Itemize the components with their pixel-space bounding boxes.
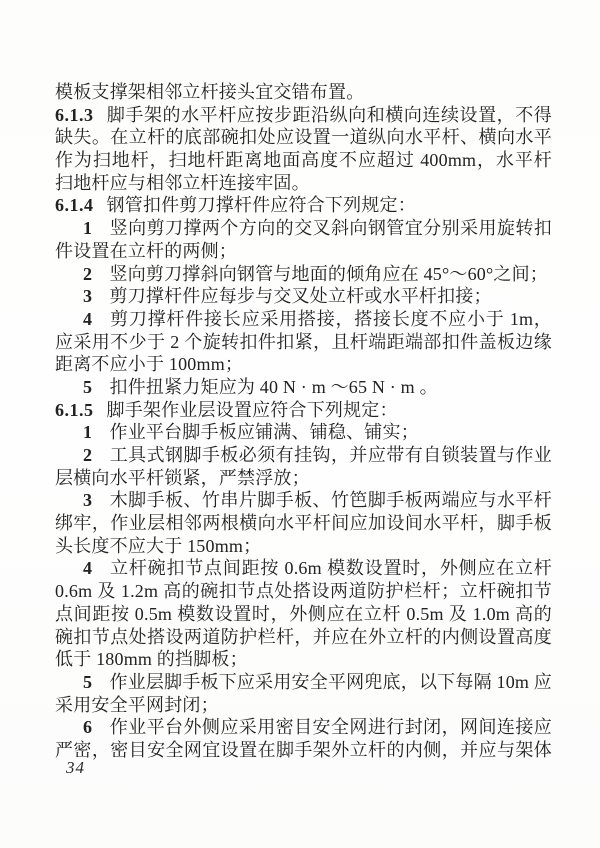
text-line: 扫地杆应与相邻立杆连接牢固。: [55, 172, 552, 195]
item-number: 3: [83, 490, 93, 510]
line-text: 严密，密目安全网宜设置在脚手架外立杆的内侧，并应与架体绑: [55, 740, 552, 762]
text-line: 缺失。在立杆的底部碗扣处应设置一道纵向水平杆、横向水平杆: [55, 126, 552, 149]
clause-number: 6.1.3: [55, 105, 94, 125]
text-line: 5作业层脚手板下应采用安全平网兜底，以下每隔 10m 应: [55, 671, 552, 694]
line-text: 距离不应小于 100mm；: [55, 354, 243, 374]
line-text: 0.6m 及 1.2m 高的碗扣节点处搭设两道防护栏杆；立杆碗扣节: [55, 581, 552, 601]
page-number: 34: [66, 758, 85, 778]
line-text: 绑牢，作业层相邻两根横向水平杆间应加设间水平杆，脚手板探: [55, 513, 552, 535]
line-text: 模板支撑架相邻立杆接头宜交错布置。: [55, 82, 364, 102]
line-text: 低于 180mm 的挡脚板；: [55, 649, 248, 669]
line-text: 采用安全平网封闭；: [55, 695, 219, 715]
item-number: 6: [83, 717, 93, 737]
text-line: 6作业平台外侧应采用密目安全网进行封闭，网间连接应: [55, 716, 552, 739]
text-line: 头长度不应大于 150mm；: [55, 535, 552, 558]
item-number: 1: [83, 218, 93, 238]
clause-number: 6.1.4: [55, 195, 94, 215]
line-text: 作业平台外侧应采用密目安全网进行封闭，网间连接应: [110, 717, 553, 737]
line-text: 竖向剪刀撑两个方向的交叉斜向钢管宜分别采用旋转扣: [110, 218, 553, 238]
item-number: 2: [83, 264, 93, 284]
item-number: 4: [83, 558, 93, 578]
line-text: 作业层脚手板下应采用安全平网兜底，以下每隔 10m 应: [110, 672, 553, 692]
text-line: 3剪刀撑杆件应每步与交叉处立杆或水平杆扣接；: [55, 285, 552, 308]
line-text: 竖向剪刀撑斜向钢管与地面的倾角应在 45°～60°之间；: [110, 264, 549, 284]
text-line: 绑牢，作业层相邻两根横向水平杆间应加设间水平杆，脚手板探: [55, 512, 552, 535]
text-line: 1作业平台脚手板应铺满、铺稳、铺实；: [55, 421, 552, 444]
text-line: 4剪刀撑杆件接长应采用搭接，搭接长度不应小于 1m，并: [55, 308, 552, 331]
item-number: 1: [83, 422, 93, 442]
line-text: 脚手架作业层设置应符合下列规定：: [107, 400, 398, 420]
text-line: 2竖向剪刀撑斜向钢管与地面的倾角应在 45°～60°之间；: [55, 263, 552, 286]
line-text: 头长度不应大于 150mm；: [55, 536, 261, 556]
text-line: 2工具式钢脚手板必须有挂钩，并应带有自锁装置与作业: [55, 444, 552, 467]
text-line: 采用安全平网封闭；: [55, 694, 552, 717]
text-line: 距离不应小于 100mm；: [55, 353, 552, 376]
line-text: 剪刀撑杆件应每步与交叉处立杆或水平杆扣接；: [110, 286, 492, 306]
document-page: 模板支撑架相邻立杆接头宜交错布置。6.1.3脚手架的水平杆应按步距沿纵向和横向连…: [0, 0, 600, 848]
line-text: 扫地杆应与相邻立杆连接牢固。: [55, 173, 310, 193]
text-line: 严密，密目安全网宜设置在脚手架外立杆的内侧，并应与架体绑: [55, 739, 552, 762]
text-block: 模板支撑架相邻立杆接头宜交错布置。6.1.3脚手架的水平杆应按步距沿纵向和横向连…: [55, 81, 552, 762]
line-text: 扣件扭紧力矩应为 40 N · m ～65 N · m 。: [110, 377, 438, 397]
line-text: 缺失。在立杆的底部碗扣处应设置一道纵向水平杆、横向水平杆: [55, 127, 552, 149]
line-text: 作业平台脚手板应铺满、铺稳、铺实；: [110, 422, 419, 442]
line-text: 应采用不少于 2 个旋转扣件扣紧，且杆端距端部扣件盖板边缘的: [55, 332, 552, 354]
item-number: 5: [83, 672, 93, 692]
line-text: 钢管扣件剪刀撑杆件应符合下列规定：: [107, 195, 416, 215]
line-text: 件设置在立杆的两侧；: [55, 241, 237, 261]
text-line: 件设置在立杆的两侧；: [55, 240, 552, 263]
line-text: 碗扣节点处搭设两道防护栏杆，并应在外立杆的内侧设置高度不: [55, 627, 552, 649]
text-line: 6.1.5脚手架作业层设置应符合下列规定：: [55, 399, 552, 422]
item-number: 5: [83, 377, 93, 397]
text-line: 5扣件扭紧力矩应为 40 N · m ～65 N · m 。: [55, 376, 552, 399]
clause-number: 6.1.5: [55, 400, 94, 420]
text-line: 作为扫地杆，扫地杆距离地面高度不应超过 400mm，水平杆和: [55, 149, 552, 172]
line-text: 脚手架的水平杆应按步距沿纵向和横向连续设置，不得: [107, 105, 553, 125]
item-number: 3: [83, 286, 93, 306]
text-line: 应采用不少于 2 个旋转扣件扣紧，且杆端距端部扣件盖板边缘的: [55, 331, 552, 354]
text-line: 层横向水平杆锁紧，严禁浮放；: [55, 467, 552, 490]
text-line: 1竖向剪刀撑两个方向的交叉斜向钢管宜分别采用旋转扣: [55, 217, 552, 240]
line-text: 工具式钢脚手板必须有挂钩，并应带有自锁装置与作业: [110, 445, 553, 465]
line-text: 层横向水平杆锁紧，严禁浮放；: [55, 468, 310, 488]
text-line: 模板支撑架相邻立杆接头宜交错布置。: [55, 81, 552, 104]
text-line: 4立杆碗扣节点间距按 0.6m 模数设置时，外侧应在立杆: [55, 557, 552, 580]
line-text: 剪刀撑杆件接长应采用搭接，搭接长度不应小于 1m，并: [83, 309, 552, 331]
text-line: 6.1.3脚手架的水平杆应按步距沿纵向和横向连续设置，不得: [55, 104, 552, 127]
text-line: 点间距按 0.5m 模数设置时，外侧应在立杆 0.5m 及 1.0m 高的: [55, 603, 552, 626]
line-text: 立杆碗扣节点间距按 0.6m 模数设置时，外侧应在立杆: [110, 558, 553, 578]
line-text: 木脚手板、竹串片脚手板、竹笆脚手板两端应与水平杆: [110, 490, 553, 510]
text-line: 6.1.4钢管扣件剪刀撑杆件应符合下列规定：: [55, 194, 552, 217]
item-number: 2: [83, 445, 93, 465]
line-text: 点间距按 0.5m 模数设置时，外侧应在立杆 0.5m 及 1.0m 高的: [55, 604, 552, 624]
text-line: 低于 180mm 的挡脚板；: [55, 648, 552, 671]
text-line: 0.6m 及 1.2m 高的碗扣节点处搭设两道防护栏杆；立杆碗扣节: [55, 580, 552, 603]
line-text: 作为扫地杆，扫地杆距离地面高度不应超过 400mm，水平杆和: [55, 150, 552, 172]
text-line: 3木脚手板、竹串片脚手板、竹笆脚手板两端应与水平杆: [55, 489, 552, 512]
text-line: 碗扣节点处搭设两道防护栏杆，并应在外立杆的内侧设置高度不: [55, 626, 552, 649]
item-number: 4: [83, 309, 93, 329]
